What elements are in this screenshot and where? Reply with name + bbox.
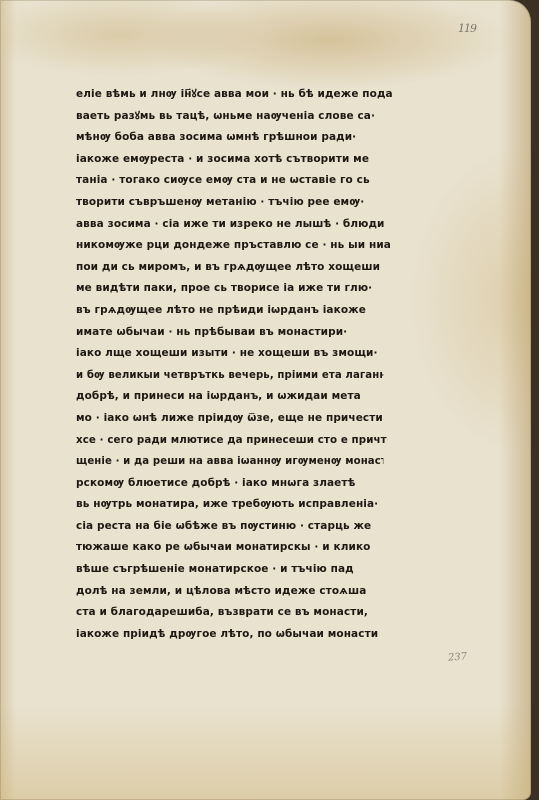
manuscript-text-block: еліе вѣмь и лнѹ ін҃ꙋсе авва мои · нь бѣ … xyxy=(76,84,394,645)
text-line: іакоже емѹреста · и зосима хотѣ сътворит… xyxy=(76,149,394,171)
text-line: рскомѹ блюетисе добрѣ · іако мнѡга злает… xyxy=(76,473,394,495)
text-line: добрѣ, и принеси на іѡрданъ, и ѡжидаи ме… xyxy=(76,386,394,408)
pencil-annotation: 237 xyxy=(448,651,468,663)
text-line: и бѹ великыи четвръткь вечерь, пріими ет… xyxy=(76,365,383,387)
text-line: еліе вѣмь и лнѹ ін҃ꙋсе авва мои · нь бѣ … xyxy=(76,84,394,106)
text-line: ста и благодарешиба, възврати се въ мона… xyxy=(76,602,394,624)
text-line: авва зосима · сіа иже ти изреко не лышѣ … xyxy=(76,214,394,236)
text-line: вь нѹтрь монатира, иже требѹють исправле… xyxy=(76,494,394,516)
text-line: вѣше съгрѣшеніе монатирское · и тъчію па… xyxy=(76,559,394,581)
text-line: щеніе · и да реши на авва іѡаннѹ игѹменѹ… xyxy=(76,451,383,473)
text-line: творити съвръшенѹ метанію · тъчію рее ем… xyxy=(76,192,394,214)
text-line: ме видѣти паки, прое сь творисе іа иже т… xyxy=(76,278,394,300)
text-line: таніа · тогако сиѹсе емѹ ста и не ѡставі… xyxy=(76,170,394,192)
text-line: ваеть разꙋмь вь тацѣ, ѡньме наѹченіа сло… xyxy=(76,106,394,128)
text-line: въ грѧдѹщее лѣто не прѣиди іѡрданъ іакож… xyxy=(76,300,394,322)
text-line: мѣнѹ боба авва зосима ѡмнѣ грѣшнои ради· xyxy=(76,127,394,149)
text-line: пои ди сь миромъ, и въ грѧдѹщее лѣто хощ… xyxy=(76,257,394,279)
folio-number: 119 xyxy=(458,22,476,35)
text-line: никомѹже рци дондеже пръставлю се · нь ы… xyxy=(76,235,394,257)
manuscript-page: 119 еліе вѣмь и лнѹ ін҃ꙋсе авва мои · нь… xyxy=(0,0,531,800)
text-line: хсе · сего ради млютисе да принесеши сто… xyxy=(76,430,387,452)
text-line: іако лще хощеши изыти · не хощеши въ змо… xyxy=(76,343,394,365)
text-line: сіа реста на біе ѡбѣже въ пѹстиню · стар… xyxy=(76,516,394,538)
text-line: тюжаше како ре ѡбычаи монатирскы · и кли… xyxy=(76,537,394,559)
text-line: имате ѡбычаи · нь прѣбываи въ монастири· xyxy=(76,322,394,344)
text-line: долѣ на земли, и цѣлова мѣсто идеже стоѧ… xyxy=(76,581,394,603)
text-line: іакоже пріидѣ дрѹгое лѣто, по ѡбычаи мон… xyxy=(76,624,394,646)
text-line: мо · іако ѡнѣ лиже пріидѹ ѿзе, еще не пр… xyxy=(76,408,394,430)
